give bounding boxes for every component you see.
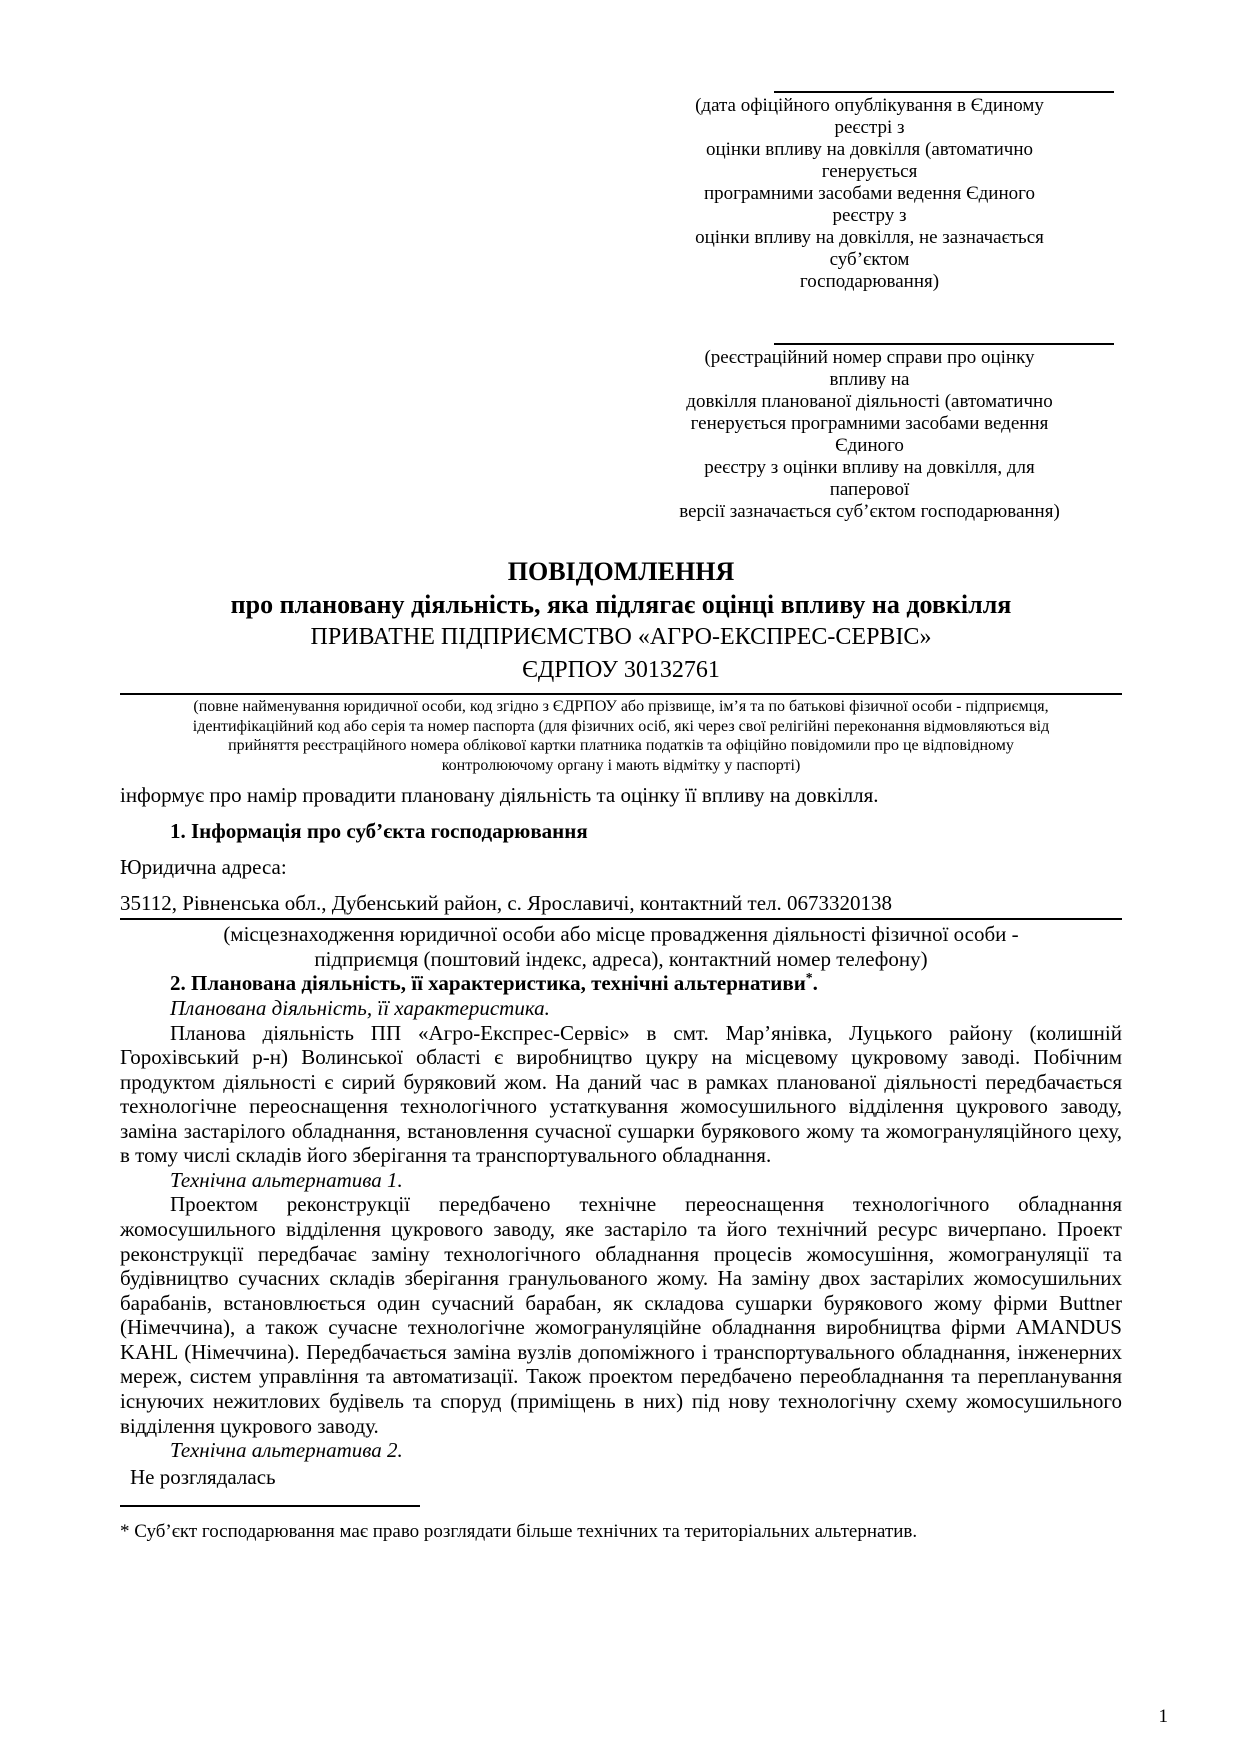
registry-date-line: господарювання) — [617, 271, 1122, 293]
registry-date-line: суб’єктом — [617, 249, 1122, 271]
registry-number-line: (реєстраційний номер справи про оцінку — [617, 347, 1122, 369]
registry-number-line: довкілля планованої діяльності (автомати… — [617, 391, 1122, 413]
company-name: ПРИВАТНЕ ПІДПРИЄМСТВО «АГРО-ЕКСПРЕС-СЕРВ… — [120, 621, 1122, 654]
footnote-text: * Суб’єкт господарювання має право розгл… — [120, 1521, 1122, 1543]
registry-number-line: паперової — [617, 479, 1122, 501]
edrpou-code: ЄДРПОУ 30132761 — [120, 654, 1122, 687]
company-note: (повне найменування юридичної особи, код… — [191, 697, 1051, 775]
alternative-1-paragraph: Проектом реконструкції передбачено техні… — [120, 1192, 1122, 1438]
registry-number-line: реєстру з оцінки впливу на довкілля, для — [617, 457, 1122, 479]
registry-date-line: генерується — [617, 161, 1122, 183]
company-underline — [120, 693, 1122, 695]
registry-number-line: версії зазначається суб’єктом господарюв… — [617, 501, 1122, 523]
registry-number-note: (реєстраційний номер справи про оцінку в… — [617, 327, 1122, 523]
section-2-heading-text: 2. Планована діяльність, її характеристи… — [170, 971, 806, 995]
alternative-1-label: Технічна альтернатива 1. — [120, 1168, 1122, 1193]
registry-date-line: реєстру з — [617, 205, 1122, 227]
address-value: 35112, Рівненська обл., Дубенський район… — [120, 891, 1122, 916]
registry-number-line: впливу на — [617, 369, 1122, 391]
registry-number-line: Єдиного — [617, 435, 1122, 457]
section-1-heading: 1. Інформація про суб’єкта господарюванн… — [120, 819, 1122, 844]
blank-underline-date — [774, 75, 1114, 93]
registry-date-line: оцінки впливу на довкілля, не зазначаєть… — [617, 227, 1122, 249]
footnote-reference-asterisk: * — [806, 970, 813, 985]
section-2-heading-period: . — [813, 971, 818, 995]
alternative-2-text: Не розглядалась — [120, 1465, 1122, 1490]
address-note: (місцезнаходження юридичної особи або мі… — [171, 922, 1071, 971]
alternative-2-label: Технічна альтернатива 2. — [120, 1438, 1122, 1463]
planned-activity-paragraph: Планова діяльність ПП «Агро-Експрес-Серв… — [120, 1021, 1122, 1168]
blank-underline-number — [774, 327, 1114, 345]
registry-number-line: генерується програмними засобами ведення — [617, 413, 1122, 435]
registry-date-note: (дата офіційного опублікування в Єдиному… — [617, 75, 1122, 293]
footnote-separator — [120, 1505, 420, 1507]
page-number: 1 — [1159, 1706, 1169, 1728]
registry-date-line: реєстрі з — [617, 117, 1122, 139]
intro-paragraph: інформує про намір провадити плановану д… — [120, 783, 1122, 808]
document-subtitle: про плановану діяльність, яка підлягає о… — [120, 588, 1122, 621]
registry-date-line: оцінки впливу на довкілля (автоматично — [617, 139, 1122, 161]
section-2-heading: 2. Планована діяльність, її характеристи… — [120, 971, 1122, 996]
characteristic-label: Планована діяльність, її характеристика. — [120, 996, 1122, 1021]
address-underline — [120, 918, 1122, 920]
title-block: ПОВІДОМЛЕННЯ про плановану діяльність, я… — [120, 555, 1122, 687]
document-title: ПОВІДОМЛЕННЯ — [120, 555, 1122, 588]
registry-date-line: програмними засобами ведення Єдиного — [617, 183, 1122, 205]
registry-date-line: (дата офіційного опублікування в Єдиному — [617, 95, 1122, 117]
document-page: (дата офіційного опублікування в Єдиному… — [0, 0, 1240, 1754]
address-label: Юридична адреса: — [120, 855, 1122, 880]
